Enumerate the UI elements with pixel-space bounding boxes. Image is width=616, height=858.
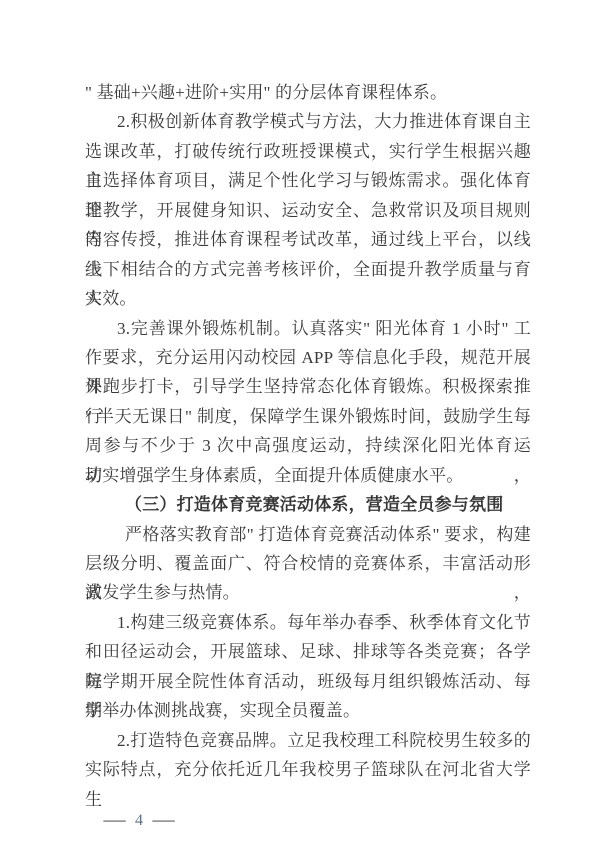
document-text-block: " 基础+兴趣+进阶+实用" 的分层体育课程体系。 2.积极创新体育教学模式与方… [85,78,531,785]
text-line: 1.构建三级竞赛体系。每年举办春季、秋季体育文化节 [85,608,531,637]
text-line: 实效。 [85,284,531,313]
text-line: 2.积极创新体育教学模式与方法，大力推进体育课自主 [85,107,531,136]
document-page: " 基础+兴趣+进阶+实用" 的分层体育课程体系。 2.积极创新体育教学模式与方… [0,0,616,858]
section-heading: （三）打造体育竞赛活动体系，营造全员参与氛围 [85,490,531,519]
text-line: 内容传授，推进体育课程考试改革，通过线上平台，以线上 [85,225,531,254]
text-line: 和田径运动会，开展篮球、足球、排球等各类竞赛；各学院 [85,637,531,666]
text-line: 作要求，充分运用闪动校园 APP 等信息化手段，规范开展课 [85,343,531,372]
text-line: 每学期开展全院性体育活动，班级每月组织锻炼活动、每学 [85,667,531,696]
text-line: 周参与不少于 3 次中高强度运动，持续深化阳光体育运动， [85,431,531,460]
text-line: 论教学，开展健身知识、运动安全、急救常识及项目规则等 [85,196,531,225]
text-line: 3.完善课外锻炼机制。认真落实" 阳光体育 1 小时" 工 [85,314,531,343]
text-line: 2.打造特色竞赛品牌。立足我校理工科院校男生较多的 [85,726,531,755]
text-line: 选课改革，打破传统行政班授课模式，实行学生根据兴趣自 [85,137,531,166]
text-line: 外跑步打卡，引导学生坚持常态化体育锻炼。积极探索推行 [85,372,531,401]
text-line: " 基础+兴趣+进阶+实用" 的分层体育课程体系。 [85,78,531,107]
page-footer: —4— [106,808,172,833]
text-line: " 半天无课日" 制度，保障学生课外锻炼时间，鼓励学生每 [85,402,531,431]
text-line: 主选择体育项目，满足个性化学习与锻炼需求。强化体育理 [85,166,531,195]
text-line: 线下相结合的方式完善考核评价，全面提升教学质量与育人 [85,255,531,284]
footer-dash: — [103,808,125,832]
text-line: 严格落实教育部" 打造体育竞赛活动体系" 要求，构建 [85,520,531,549]
text-line: 层级分明、覆盖面广、符合校情的竞赛体系，丰富活动形式， [85,549,531,578]
footer-dash: — [152,808,174,832]
page-number: 4 [135,809,143,833]
text-line: 期举办体测挑战赛，实现全员覆盖。 [85,696,531,725]
text-line: 实际特点，充分依托近几年我校男子篮球队在河北省大学生 [85,755,531,784]
